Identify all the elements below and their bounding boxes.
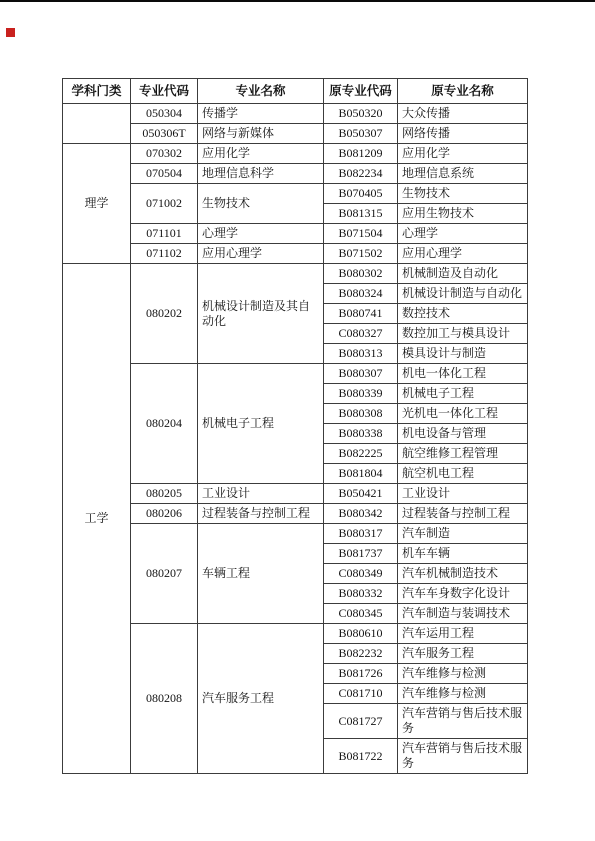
- old-name-cell: 汽车维修与检测: [398, 664, 528, 684]
- major-code-cell: 080205: [131, 484, 198, 504]
- table-row: 理学070302应用化学B081209应用化学: [63, 144, 528, 164]
- old-code-cell: B070405: [324, 184, 398, 204]
- header-cell: 学科门类: [63, 79, 131, 104]
- old-name-cell: 心理学: [398, 224, 528, 244]
- old-name-cell: 大众传播: [398, 104, 528, 124]
- old-name-cell: 汽车营销与售后技术服务: [398, 739, 528, 774]
- old-name-cell: 航空机电工程: [398, 464, 528, 484]
- old-code-cell: B080339: [324, 384, 398, 404]
- major-name-cell: 工业设计: [198, 484, 324, 504]
- old-code-cell: C081710: [324, 684, 398, 704]
- old-name-cell: 光机电一体化工程: [398, 404, 528, 424]
- table-row: 080205工业设计B050421工业设计: [63, 484, 528, 504]
- major-code-cell: 071101: [131, 224, 198, 244]
- table-row: 070504地理信息科学B082234地理信息系统: [63, 164, 528, 184]
- table-row: 080208汽车服务工程B080610汽车运用工程: [63, 624, 528, 644]
- major-name-cell: 应用心理学: [198, 244, 324, 264]
- major-name-cell: 心理学: [198, 224, 324, 244]
- old-name-cell: 汽车维修与检测: [398, 684, 528, 704]
- table-row: 050304传播学B050320大众传播: [63, 104, 528, 124]
- old-code-cell: C081727: [324, 704, 398, 739]
- old-code-cell: B050320: [324, 104, 398, 124]
- old-code-cell: B081726: [324, 664, 398, 684]
- page-top-rule: [0, 0, 595, 2]
- table-body: 050304传播学B050320大众传播050306T网络与新媒体B050307…: [63, 104, 528, 774]
- old-code-cell: B050307: [324, 124, 398, 144]
- old-code-cell: B080332: [324, 584, 398, 604]
- table-row: 080207车辆工程B080317汽车制造: [63, 524, 528, 544]
- old-code-cell: B080307: [324, 364, 398, 384]
- major-code-cell: 080202: [131, 264, 198, 364]
- document-page: 学科门类专业代码专业名称原专业代码原专业名称 050304传播学B050320大…: [0, 0, 595, 841]
- old-code-cell: B080342: [324, 504, 398, 524]
- major-code-cell: 080204: [131, 364, 198, 484]
- old-code-cell: B080610: [324, 624, 398, 644]
- major-name-cell: 生物技术: [198, 184, 324, 224]
- old-code-cell: B080302: [324, 264, 398, 284]
- major-name-cell: 过程装备与控制工程: [198, 504, 324, 524]
- old-name-cell: 地理信息系统: [398, 164, 528, 184]
- table-row: 工学080202机械设计制造及其自动化B080302机械制造及自动化: [63, 264, 528, 284]
- old-name-cell: 网络传播: [398, 124, 528, 144]
- major-code-cell: 080207: [131, 524, 198, 624]
- header-row: 学科门类专业代码专业名称原专业代码原专业名称: [63, 79, 528, 104]
- old-name-cell: 机车车辆: [398, 544, 528, 564]
- major-name-cell: 传播学: [198, 104, 324, 124]
- major-name-cell: 车辆工程: [198, 524, 324, 624]
- major-name-cell: 网络与新媒体: [198, 124, 324, 144]
- old-name-cell: 汽车营销与售后技术服务: [398, 704, 528, 739]
- old-code-cell: B081315: [324, 204, 398, 224]
- header-cell: 专业代码: [131, 79, 198, 104]
- old-code-cell: B080338: [324, 424, 398, 444]
- old-code-cell: C080327: [324, 324, 398, 344]
- major-name-cell: 机械设计制造及其自动化: [198, 264, 324, 364]
- major-code-cell: 050304: [131, 104, 198, 124]
- old-code-cell: B081737: [324, 544, 398, 564]
- major-mapping-table: 学科门类专业代码专业名称原专业代码原专业名称 050304传播学B050320大…: [62, 78, 528, 774]
- old-name-cell: 数控技术: [398, 304, 528, 324]
- old-code-cell: B050421: [324, 484, 398, 504]
- category-cell: 工学: [63, 264, 131, 774]
- old-name-cell: 汽车车身数字化设计: [398, 584, 528, 604]
- table-header: 学科门类专业代码专业名称原专业代码原专业名称: [63, 79, 528, 104]
- major-code-cell: 080206: [131, 504, 198, 524]
- old-code-cell: B082225: [324, 444, 398, 464]
- old-name-cell: 应用生物技术: [398, 204, 528, 224]
- old-name-cell: 机电一体化工程: [398, 364, 528, 384]
- old-code-cell: B071504: [324, 224, 398, 244]
- header-cell: 原专业名称: [398, 79, 528, 104]
- old-code-cell: B081209: [324, 144, 398, 164]
- red-marker: [6, 28, 15, 37]
- major-code-cell: 071102: [131, 244, 198, 264]
- old-code-cell: C080345: [324, 604, 398, 624]
- old-name-cell: 生物技术: [398, 184, 528, 204]
- old-name-cell: 汽车制造: [398, 524, 528, 544]
- header-cell: 专业名称: [198, 79, 324, 104]
- old-name-cell: 汽车机械制造技术: [398, 564, 528, 584]
- table-row: 080206过程装备与控制工程B080342过程装备与控制工程: [63, 504, 528, 524]
- major-name-cell: 地理信息科学: [198, 164, 324, 184]
- old-code-cell: B081804: [324, 464, 398, 484]
- major-code-cell: 080208: [131, 624, 198, 774]
- old-name-cell: 汽车制造与装调技术: [398, 604, 528, 624]
- category-cell: 理学: [63, 144, 131, 264]
- table-row: 071102应用心理学B071502应用心理学: [63, 244, 528, 264]
- major-code-cell: 070504: [131, 164, 198, 184]
- old-code-cell: B082234: [324, 164, 398, 184]
- old-code-cell: B071502: [324, 244, 398, 264]
- table-row: 071002生物技术B070405生物技术: [63, 184, 528, 204]
- old-name-cell: 工业设计: [398, 484, 528, 504]
- old-code-cell: B080313: [324, 344, 398, 364]
- major-code-cell: 071002: [131, 184, 198, 224]
- table-row: 071101心理学B071504心理学: [63, 224, 528, 244]
- major-code-cell: 050306T: [131, 124, 198, 144]
- major-name-cell: 机械电子工程: [198, 364, 324, 484]
- old-name-cell: 汽车运用工程: [398, 624, 528, 644]
- table-row: 050306T网络与新媒体B050307网络传播: [63, 124, 528, 144]
- category-cell: [63, 104, 131, 144]
- major-name-cell: 汽车服务工程: [198, 624, 324, 774]
- old-name-cell: 机械电子工程: [398, 384, 528, 404]
- table-row: 080204机械电子工程B080307机电一体化工程: [63, 364, 528, 384]
- old-code-cell: B080741: [324, 304, 398, 324]
- major-name-cell: 应用化学: [198, 144, 324, 164]
- old-name-cell: 航空维修工程管理: [398, 444, 528, 464]
- old-name-cell: 机电设备与管理: [398, 424, 528, 444]
- header-cell: 原专业代码: [324, 79, 398, 104]
- old-code-cell: B082232: [324, 644, 398, 664]
- old-name-cell: 机械设计制造与自动化: [398, 284, 528, 304]
- old-name-cell: 汽车服务工程: [398, 644, 528, 664]
- old-code-cell: B080317: [324, 524, 398, 544]
- old-code-cell: C080349: [324, 564, 398, 584]
- old-name-cell: 数控加工与模具设计: [398, 324, 528, 344]
- old-name-cell: 模具设计与制造: [398, 344, 528, 364]
- old-name-cell: 应用化学: [398, 144, 528, 164]
- old-code-cell: B080308: [324, 404, 398, 424]
- old-code-cell: B080324: [324, 284, 398, 304]
- old-name-cell: 机械制造及自动化: [398, 264, 528, 284]
- major-code-cell: 070302: [131, 144, 198, 164]
- old-code-cell: B081722: [324, 739, 398, 774]
- old-name-cell: 过程装备与控制工程: [398, 504, 528, 524]
- old-name-cell: 应用心理学: [398, 244, 528, 264]
